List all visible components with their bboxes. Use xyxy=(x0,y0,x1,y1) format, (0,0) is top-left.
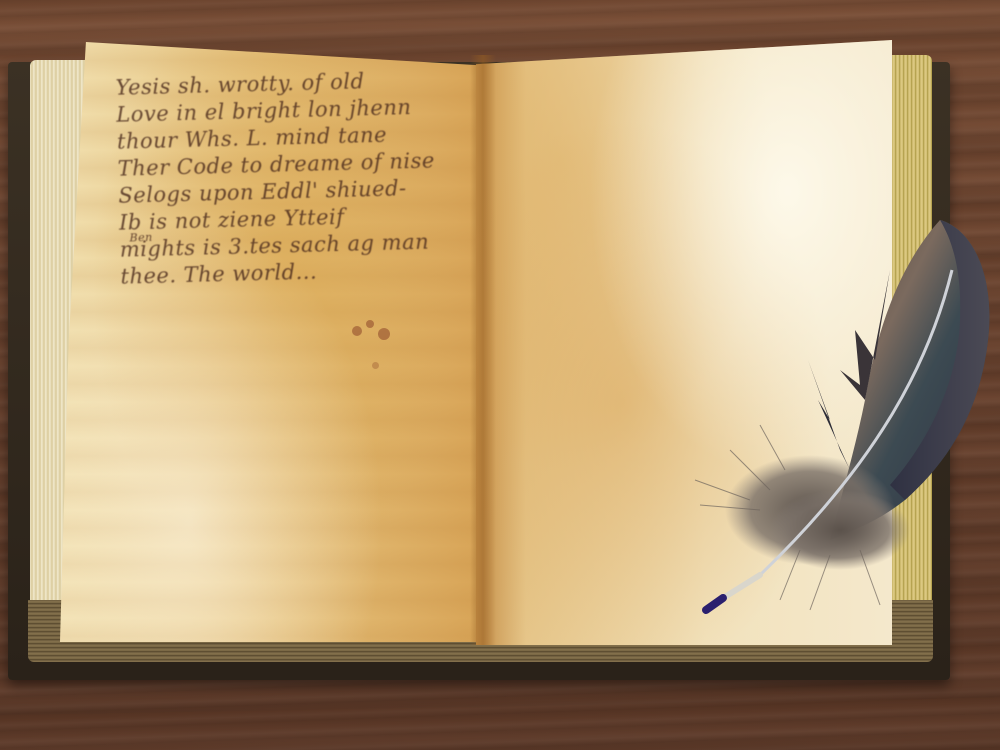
interlinear-note: Ben xyxy=(129,224,153,252)
handwritten-text: Yesis sh. wrotty. of old Love in el brig… xyxy=(115,65,481,290)
wooden-table-background: Yesis sh. wrotty. of old Love in el brig… xyxy=(0,0,1000,750)
ink-stain xyxy=(352,326,362,336)
ink-stain xyxy=(366,320,374,328)
ink-stain xyxy=(372,362,379,369)
ink-stain xyxy=(378,328,390,340)
quill-feather-icon xyxy=(690,210,1000,620)
